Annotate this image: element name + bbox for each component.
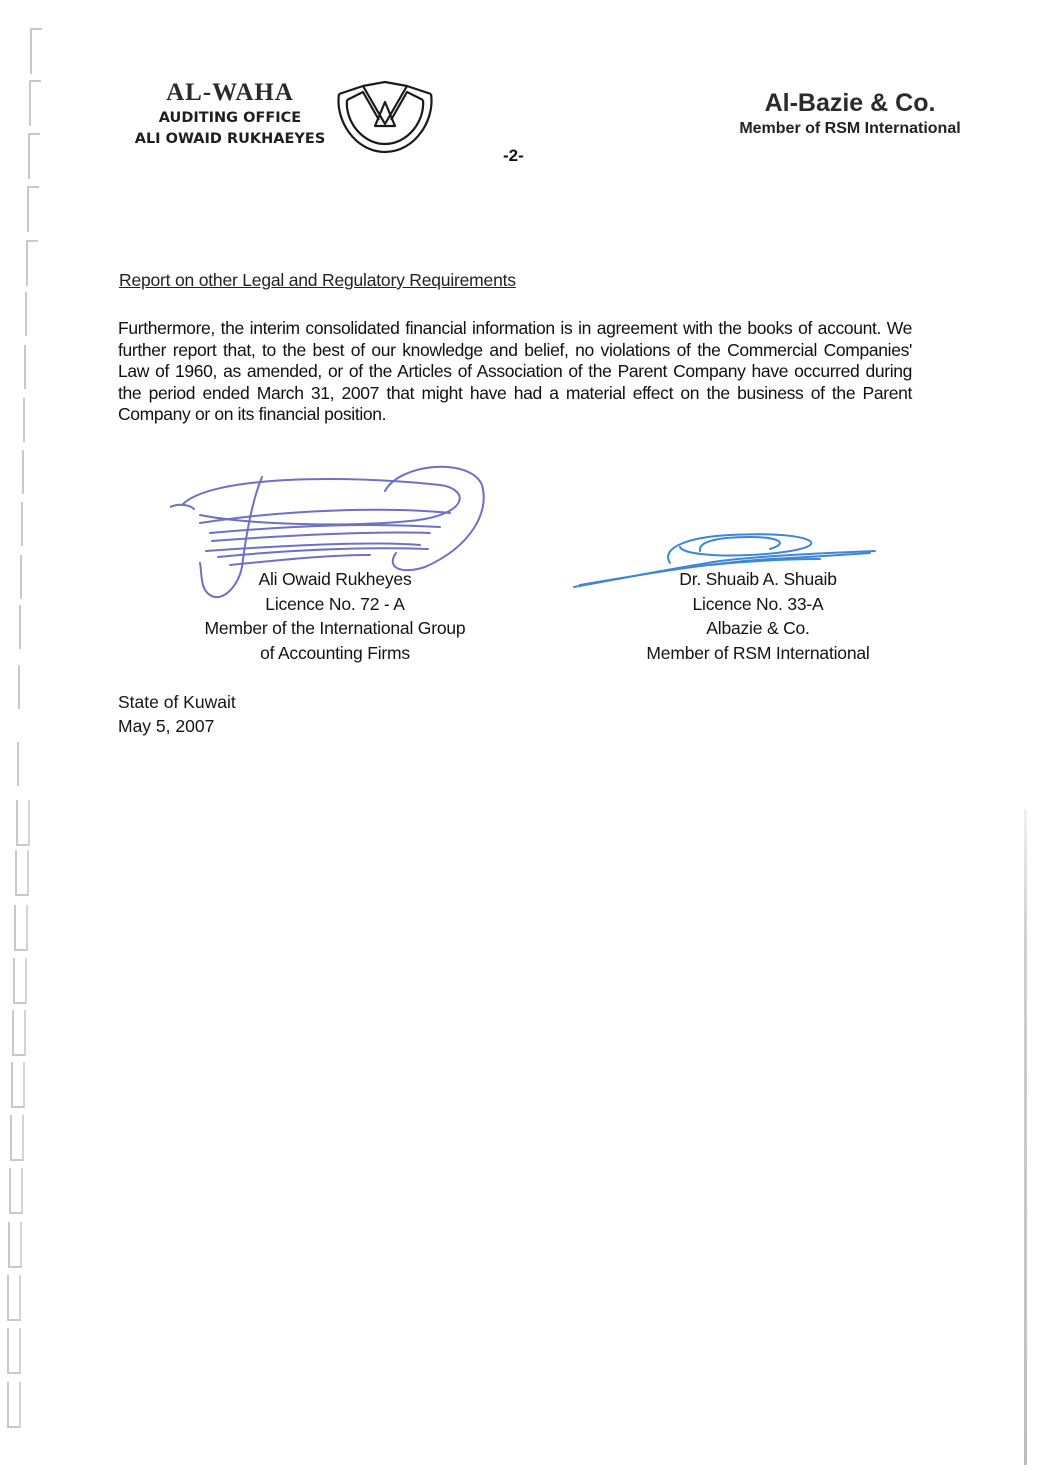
binding-mark — [23, 398, 35, 442]
binding-mark — [7, 1275, 21, 1321]
binding-mark — [19, 605, 31, 649]
binding-mark — [29, 80, 41, 126]
signatory-licence: Licence No. 33-A — [598, 592, 918, 617]
place-and-date: State of Kuwait May 5, 2007 — [118, 690, 236, 738]
binding-mark — [7, 1328, 21, 1374]
binding-mark — [24, 345, 36, 389]
al-waha-owner: ALI OWAID RUKHAEYES — [130, 129, 330, 150]
signatory-affiliation: Albazie & Co. — [598, 616, 918, 641]
al-waha-logo-icon — [333, 80, 437, 156]
al-bazie-membership: Member of RSM International — [700, 118, 1000, 140]
binding-mark — [15, 850, 29, 896]
signatory-name: Ali Owaid Rukheyes — [150, 567, 520, 592]
binding-mark — [26, 240, 38, 286]
binding-mark — [8, 1222, 22, 1268]
signatory-affiliation: Member of RSM International — [598, 641, 918, 666]
binding-mark — [14, 905, 28, 951]
signatory-name: Dr. Shuaib A. Shuaib — [598, 567, 918, 592]
signatory-affiliation: Member of the International Group — [150, 616, 520, 641]
binding-mark — [17, 742, 29, 786]
binding-mark — [13, 958, 27, 1004]
signatory-licence: Licence No. 72 - A — [150, 592, 520, 617]
binding-mark — [10, 1115, 24, 1161]
binding-mark — [27, 186, 39, 232]
binding-mark — [7, 1382, 21, 1428]
report-paragraph: Furthermore, the interim consolidated fi… — [118, 318, 912, 426]
place: State of Kuwait — [118, 690, 236, 714]
binding-mark — [9, 1168, 23, 1214]
signatory-block-rukheyes: Ali Owaid Rukheyes Licence No. 72 - A Me… — [150, 567, 520, 665]
al-waha-name: AL-WAHA — [130, 78, 330, 108]
binding-mark — [11, 1062, 25, 1108]
date: May 5, 2007 — [118, 714, 236, 738]
al-waha-subtitle: AUDITING OFFICE — [130, 108, 330, 129]
binding-mark — [21, 502, 33, 546]
page-edge-shadow — [1024, 810, 1027, 1465]
binding-mark — [18, 665, 30, 709]
signatory-affiliation: of Accounting Firms — [150, 641, 520, 666]
page-number: -2- — [503, 146, 524, 166]
al-bazie-name: Al-Bazie & Co. — [700, 88, 1000, 118]
binding-mark — [30, 28, 42, 74]
binding-mark — [12, 1010, 26, 1056]
signatory-block-shuaib: Dr. Shuaib A. Shuaib Licence No. 33-A Al… — [598, 567, 918, 665]
binding-mark — [16, 800, 30, 846]
binding-mark — [22, 450, 34, 494]
al-waha-letterhead: AL-WAHA AUDITING OFFICE ALI OWAID RUKHAE… — [130, 78, 330, 150]
al-bazie-letterhead: Al-Bazie & Co. Member of RSM Internation… — [700, 88, 1000, 140]
binding-mark — [20, 555, 32, 599]
section-heading: Report on other Legal and Regulatory Req… — [119, 270, 516, 291]
binding-mark — [28, 133, 40, 179]
binding-mark — [25, 292, 37, 336]
